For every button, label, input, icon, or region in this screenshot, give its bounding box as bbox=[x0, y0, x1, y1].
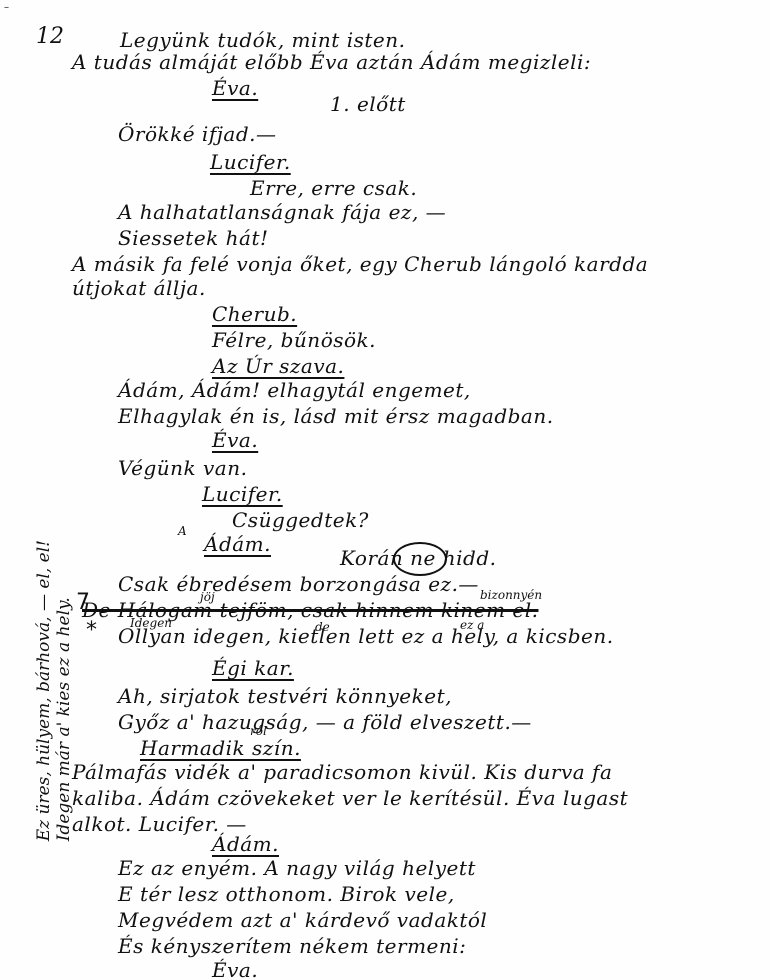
speaker-name: Éva. bbox=[212, 958, 258, 980]
speaker-name: Ádám. bbox=[204, 532, 271, 556]
text-line: Siessetek hát! bbox=[118, 226, 269, 250]
speaker-name: Lucifer. bbox=[202, 482, 283, 506]
text-line: Ollyan idegen, kietlen lett ez a hely, a… bbox=[118, 624, 614, 648]
margin-note-line: Ez üres, hülyem, bárhová, — el, el! bbox=[34, 540, 54, 841]
speaker-name: Éva. bbox=[212, 428, 258, 452]
margin-note: Ez üres, hülyem, bárhová, — el, el! Ideg… bbox=[34, 540, 74, 841]
corner-mark: – bbox=[4, 2, 9, 13]
text-line: Végünk van. bbox=[118, 456, 247, 480]
text-line: 1. előtt bbox=[330, 92, 406, 116]
text-line: útjokat állja. bbox=[72, 276, 206, 300]
text-line: Csüggedtek? bbox=[232, 508, 369, 532]
interlinear-addition: Idegen bbox=[130, 616, 172, 630]
text-line: A tudás almáját előbb Éva aztán Ádám meg… bbox=[72, 50, 591, 74]
text-line: Győz a' hazugság, — a föld elveszett.— bbox=[118, 710, 532, 734]
speaker-name: Ádám. bbox=[212, 832, 279, 856]
page-number: 12 bbox=[36, 24, 64, 49]
text-line: És kényszerítem nékem termeni: bbox=[118, 934, 466, 958]
text-line: kaliba. Ádám czövekeket ver le kerítésül… bbox=[72, 786, 628, 810]
text-line: Félre, bűnösök. bbox=[212, 328, 376, 352]
text-line: Ádám, Ádám! elhagytál engemet, bbox=[118, 378, 471, 402]
insertion-mark: 7 bbox=[76, 590, 90, 615]
speaker-name: Égi kar. bbox=[212, 656, 294, 680]
interlinear-addition: ez a bbox=[460, 618, 484, 632]
margin-note-line: Idegen már a' kies ez a hely. bbox=[54, 540, 74, 841]
speaker-name: Az Úr szava. bbox=[212, 354, 344, 378]
text-line: E tér lesz otthonom. Birok vele, bbox=[118, 882, 455, 906]
text-line: Pálmafás vidék a' paradicsomon kivül. Ki… bbox=[72, 760, 612, 784]
speaker-name: Lucifer. bbox=[210, 150, 291, 174]
manuscript-page: – 12 Legyünk tudók, mint isten.A tudás a… bbox=[0, 0, 770, 980]
interlinear-addition: bizonnyén bbox=[480, 588, 542, 602]
text-line: Megvédem azt a' kárdevő vadaktól bbox=[118, 908, 487, 932]
circled-correction bbox=[393, 542, 447, 576]
interlinear-addition: jöj bbox=[200, 590, 215, 604]
interlinear-addition: A bbox=[178, 524, 187, 538]
text-line: Elhagylak én is, lásd mit érsz magadban. bbox=[118, 404, 554, 428]
text-line: Erre, erre csak. bbox=[250, 176, 417, 200]
speaker-name: Harmadik szín. bbox=[140, 736, 301, 760]
text-line: Ah, sirjatok testvéri könnyeket, bbox=[118, 684, 452, 708]
asterisk-mark: * bbox=[86, 618, 97, 643]
interlinear-addition: ről bbox=[250, 724, 267, 738]
interlinear-addition: de bbox=[315, 620, 330, 634]
text-line: Ez az enyém. A nagy világ helyett bbox=[118, 856, 476, 880]
text-line: Legyünk tudók, mint isten. bbox=[120, 28, 405, 52]
speaker-name: Cherub. bbox=[212, 302, 297, 326]
speaker-name: Éva. bbox=[212, 76, 258, 100]
text-line: A halhatatlanságnak fája ez, — bbox=[118, 200, 446, 224]
text-line: Örökké ifjad.— bbox=[118, 122, 277, 146]
text-line: A másik fa felé vonja őket, egy Cherub l… bbox=[72, 252, 648, 276]
